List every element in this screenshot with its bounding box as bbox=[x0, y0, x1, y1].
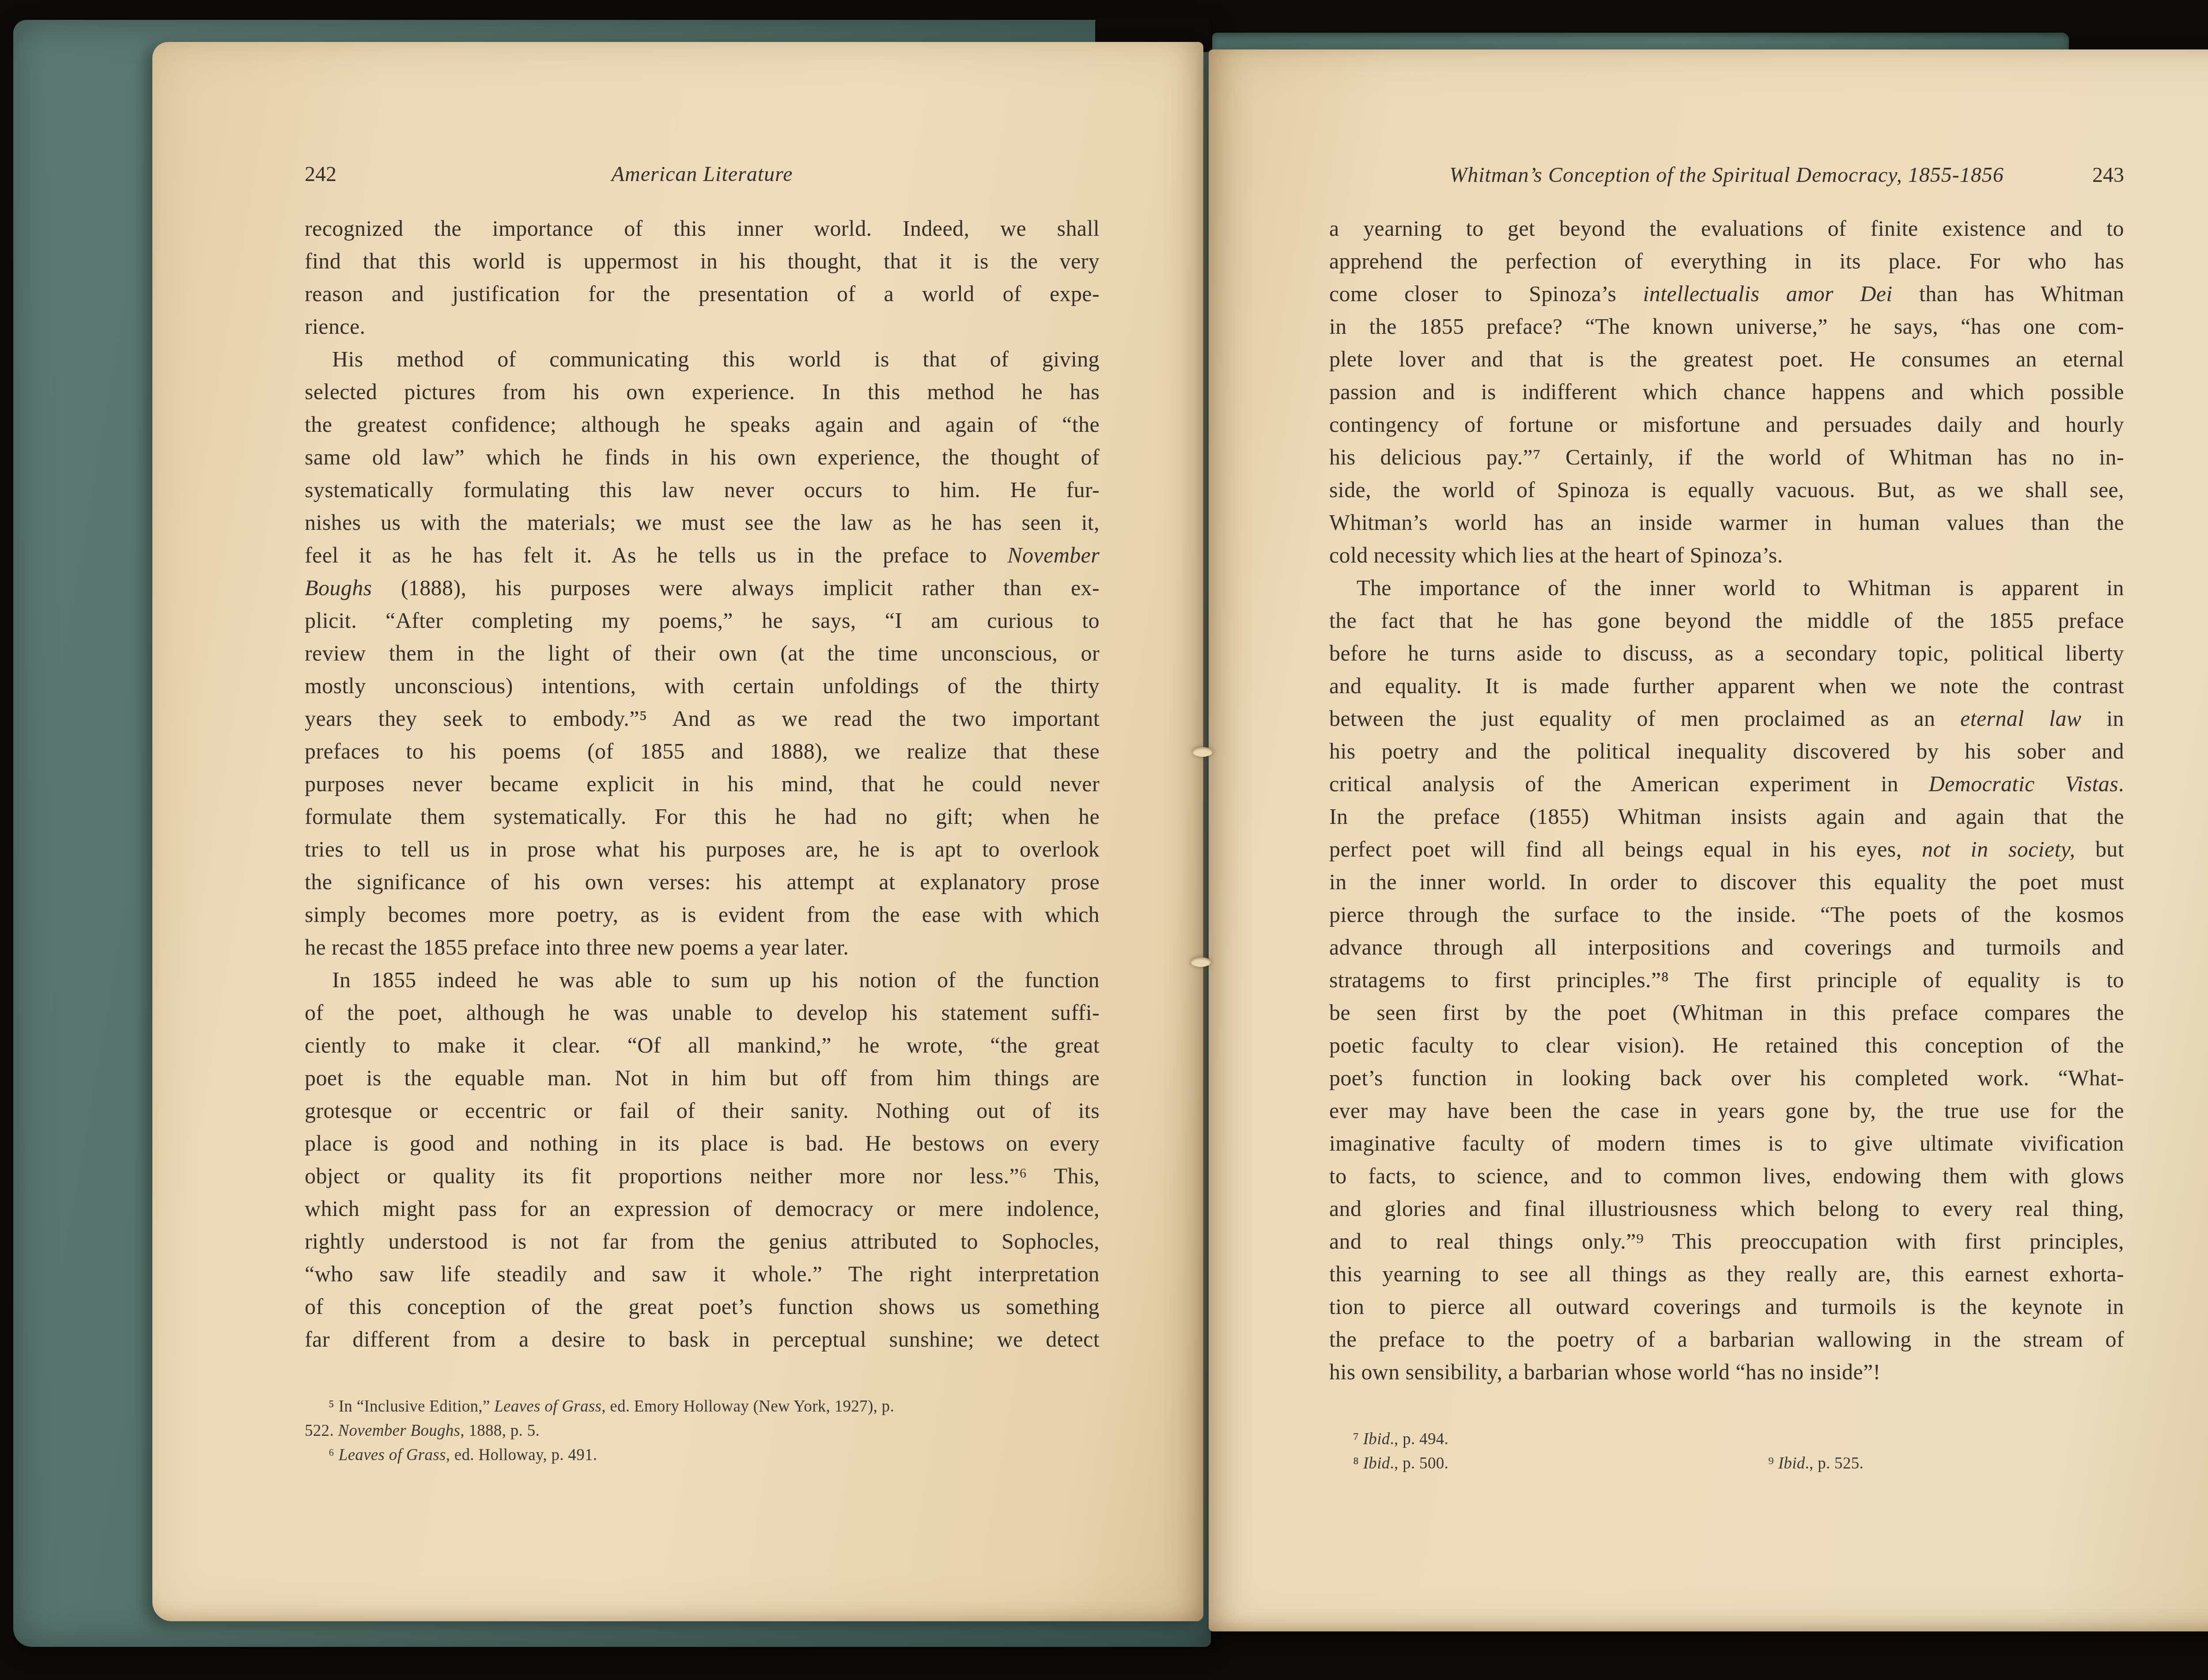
text-line: contingency of fortune or misfortune and… bbox=[1329, 408, 2124, 441]
text-line: Whitman’s world has an inside warmer in … bbox=[1329, 506, 2124, 539]
text-line: tion to pierce all outward coverings and… bbox=[1329, 1290, 2124, 1323]
text-line: rience. bbox=[305, 310, 1100, 343]
text-line: simply becomes more poetry, as is eviden… bbox=[305, 898, 1100, 931]
left-page-header: 242 American Literature bbox=[305, 159, 1100, 190]
text-line: grotesque or eccentric or fail of their … bbox=[305, 1094, 1100, 1127]
text-line: tries to tell us in prose what his purpo… bbox=[305, 833, 1100, 865]
text-line: place is good and nothing in its place i… bbox=[305, 1127, 1100, 1159]
text-line: plicit. “After completing my poems,” he … bbox=[305, 604, 1100, 637]
text-line: perfect poet will find all beings equal … bbox=[1329, 833, 2124, 865]
page-number: 243 bbox=[2092, 160, 2124, 191]
text-line: The importance of the inner world to Whi… bbox=[1329, 571, 2124, 604]
text-line: the preface to the poetry of a barbarian… bbox=[1329, 1323, 2124, 1355]
text-line: which might pass for an expression of de… bbox=[305, 1192, 1100, 1225]
text-line: cold necessity which lies at the heart o… bbox=[1329, 539, 2124, 571]
text-line: far different from a desire to bask in p… bbox=[305, 1323, 1100, 1355]
text-line: reason and justification for the present… bbox=[305, 277, 1100, 310]
text-line: of the poet, although he was unable to d… bbox=[305, 996, 1100, 1029]
text-line: same old law” which he finds in his own … bbox=[305, 441, 1100, 473]
binding-stitch-bottom bbox=[1191, 957, 1211, 967]
text-line: critical analysis of the American experi… bbox=[1329, 767, 2124, 800]
left-page-content: 242 American Literature recognized the i… bbox=[305, 42, 1100, 1621]
text-line: nishes us with the materials; we must se… bbox=[305, 506, 1100, 539]
text-line: before he turns aside to discuss, as a s… bbox=[1329, 637, 2124, 669]
text-line: the greatest confidence; although he spe… bbox=[305, 408, 1100, 441]
footnote-line: ⁸ Ibid., p. 500.⁹ Ibid., p. 525. bbox=[1329, 1451, 2124, 1476]
text-line: His method of communicating this world i… bbox=[305, 343, 1100, 375]
text-line: selected pictures from his own experienc… bbox=[305, 375, 1100, 408]
page-number: 242 bbox=[305, 159, 336, 190]
left-page: 242 American Literature recognized the i… bbox=[152, 42, 1203, 1621]
footnote-text: ⁹ Ibid., p. 525. bbox=[1744, 1451, 1864, 1476]
text-line: ciently to make it clear. “Of all mankin… bbox=[305, 1029, 1100, 1061]
right-page-header: Whitman’s Conception of the Spiritual De… bbox=[1329, 160, 2124, 191]
text-line: side, the world of Spinoza is equally va… bbox=[1329, 473, 2124, 506]
text-line: Boughs (1888), his purposes were always … bbox=[305, 571, 1100, 604]
footnote-line: 522. November Boughs, 1888, p. 5. bbox=[305, 1419, 1100, 1443]
text-line: stratagems to first principles.”⁸ The fi… bbox=[1329, 963, 2124, 996]
text-line: this yearning to see all things as they … bbox=[1329, 1257, 2124, 1290]
text-line: poet’s function in looking back over his… bbox=[1329, 1061, 2124, 1094]
text-line: passion and is indifferent which chance … bbox=[1329, 375, 2124, 408]
text-line: ever may have been the case in years gon… bbox=[1329, 1094, 2124, 1127]
page-body: a yearning to get beyond the evaluations… bbox=[1329, 212, 2124, 1388]
text-line: systematically formulating this law neve… bbox=[305, 473, 1100, 506]
text-line: formulate them systematically. For this … bbox=[305, 800, 1100, 833]
text-line: and equality. It is made further apparen… bbox=[1329, 669, 2124, 702]
text-line: between the just equality of men proclai… bbox=[1329, 702, 2124, 735]
footnote-text: ⁸ Ibid., p. 500. bbox=[1353, 1454, 1448, 1472]
binding-stitch-top bbox=[1192, 747, 1213, 757]
right-page-content: Whitman’s Conception of the Spiritual De… bbox=[1329, 49, 2124, 1631]
book-scan-photo: 242 American Literature recognized the i… bbox=[0, 0, 2208, 1680]
text-line: advance through all interpositions and c… bbox=[1329, 931, 2124, 963]
text-line: in the inner world. In order to discover… bbox=[1329, 865, 2124, 898]
text-line: the fact that he has gone beyond the mid… bbox=[1329, 604, 2124, 637]
text-line: mostly unconscious) intentions, with cer… bbox=[305, 669, 1100, 702]
footnote-line: ⁷ Ibid., p. 494. bbox=[1329, 1427, 2124, 1451]
footnote-line: ⁶ Leaves of Grass, ed. Holloway, p. 491. bbox=[305, 1443, 1100, 1467]
text-line: In 1855 indeed he was able to sum up his… bbox=[305, 963, 1100, 996]
text-line: object or quality its fit proportions ne… bbox=[305, 1159, 1100, 1192]
footnotes: ⁵ In “Inclusive Edition,” Leaves of Gras… bbox=[305, 1394, 1100, 1467]
text-line: review them in the light of their own (a… bbox=[305, 637, 1100, 669]
text-line: of this conception of the great poet’s f… bbox=[305, 1290, 1100, 1323]
text-line: find that this world is uppermost in his… bbox=[305, 245, 1100, 277]
text-line: and to real things only.”⁹ This preoccup… bbox=[1329, 1225, 2124, 1257]
running-head: Whitman’s Conception of the Spiritual De… bbox=[1329, 160, 2124, 191]
text-line: recognized the importance of this inner … bbox=[305, 212, 1100, 245]
text-line: poetic faculty to clear vision). He reta… bbox=[1329, 1029, 2124, 1061]
footnote-line: ⁵ In “Inclusive Edition,” Leaves of Gras… bbox=[305, 1394, 1100, 1419]
text-line: a yearning to get beyond the evaluations… bbox=[1329, 212, 2124, 245]
text-line: pierce through the surface to the inside… bbox=[1329, 898, 2124, 931]
text-line: feel it as he has felt it. As he tells u… bbox=[305, 539, 1100, 571]
text-line: come closer to Spinoza’s intellectualis … bbox=[1329, 277, 2124, 310]
text-line: be seen first by the poet (Whitman in th… bbox=[1329, 996, 2124, 1029]
text-line: apprehend the perfection of everything i… bbox=[1329, 245, 2124, 277]
text-line: in the 1855 preface? “The known universe… bbox=[1329, 310, 2124, 343]
text-line: he recast the 1855 preface into three ne… bbox=[305, 931, 1100, 963]
right-page: Whitman’s Conception of the Spiritual De… bbox=[1209, 49, 2208, 1631]
text-line: to facts, to science, and to common live… bbox=[1329, 1159, 2124, 1192]
text-line: years they seek to embody.”⁵ And as we r… bbox=[305, 702, 1100, 735]
text-line: prefaces to his poems (of 1855 and 1888)… bbox=[305, 735, 1100, 767]
text-line: “who saw life steadily and saw it whole.… bbox=[305, 1257, 1100, 1290]
text-line: poet is the equable man. Not in him but … bbox=[305, 1061, 1100, 1094]
text-line: In the preface (1855) Whitman insists ag… bbox=[1329, 800, 2124, 833]
text-line: his own sensibility, a barbarian whose w… bbox=[1329, 1355, 2124, 1388]
running-head: American Literature bbox=[305, 159, 1100, 190]
text-line: his delicious pay.”⁷ Certainly, if the w… bbox=[1329, 441, 2124, 473]
text-line: and glories and final illustriousness wh… bbox=[1329, 1192, 2124, 1225]
gutter-crease bbox=[1203, 51, 1206, 1623]
text-line: rightly understood is not far from the g… bbox=[305, 1225, 1100, 1257]
text-line: his poetry and the political inequality … bbox=[1329, 735, 2124, 767]
page-body: recognized the importance of this inner … bbox=[305, 212, 1100, 1355]
text-line: purposes never became explicit in his mi… bbox=[305, 767, 1100, 800]
text-line: plete lover and that is the greatest poe… bbox=[1329, 343, 2124, 375]
footnotes: ⁷ Ibid., p. 494.⁸ Ibid., p. 500.⁹ Ibid.,… bbox=[1329, 1427, 2124, 1476]
text-line: the significance of his own verses: his … bbox=[305, 865, 1100, 898]
text-line: imaginative faculty of modern times is t… bbox=[1329, 1127, 2124, 1159]
